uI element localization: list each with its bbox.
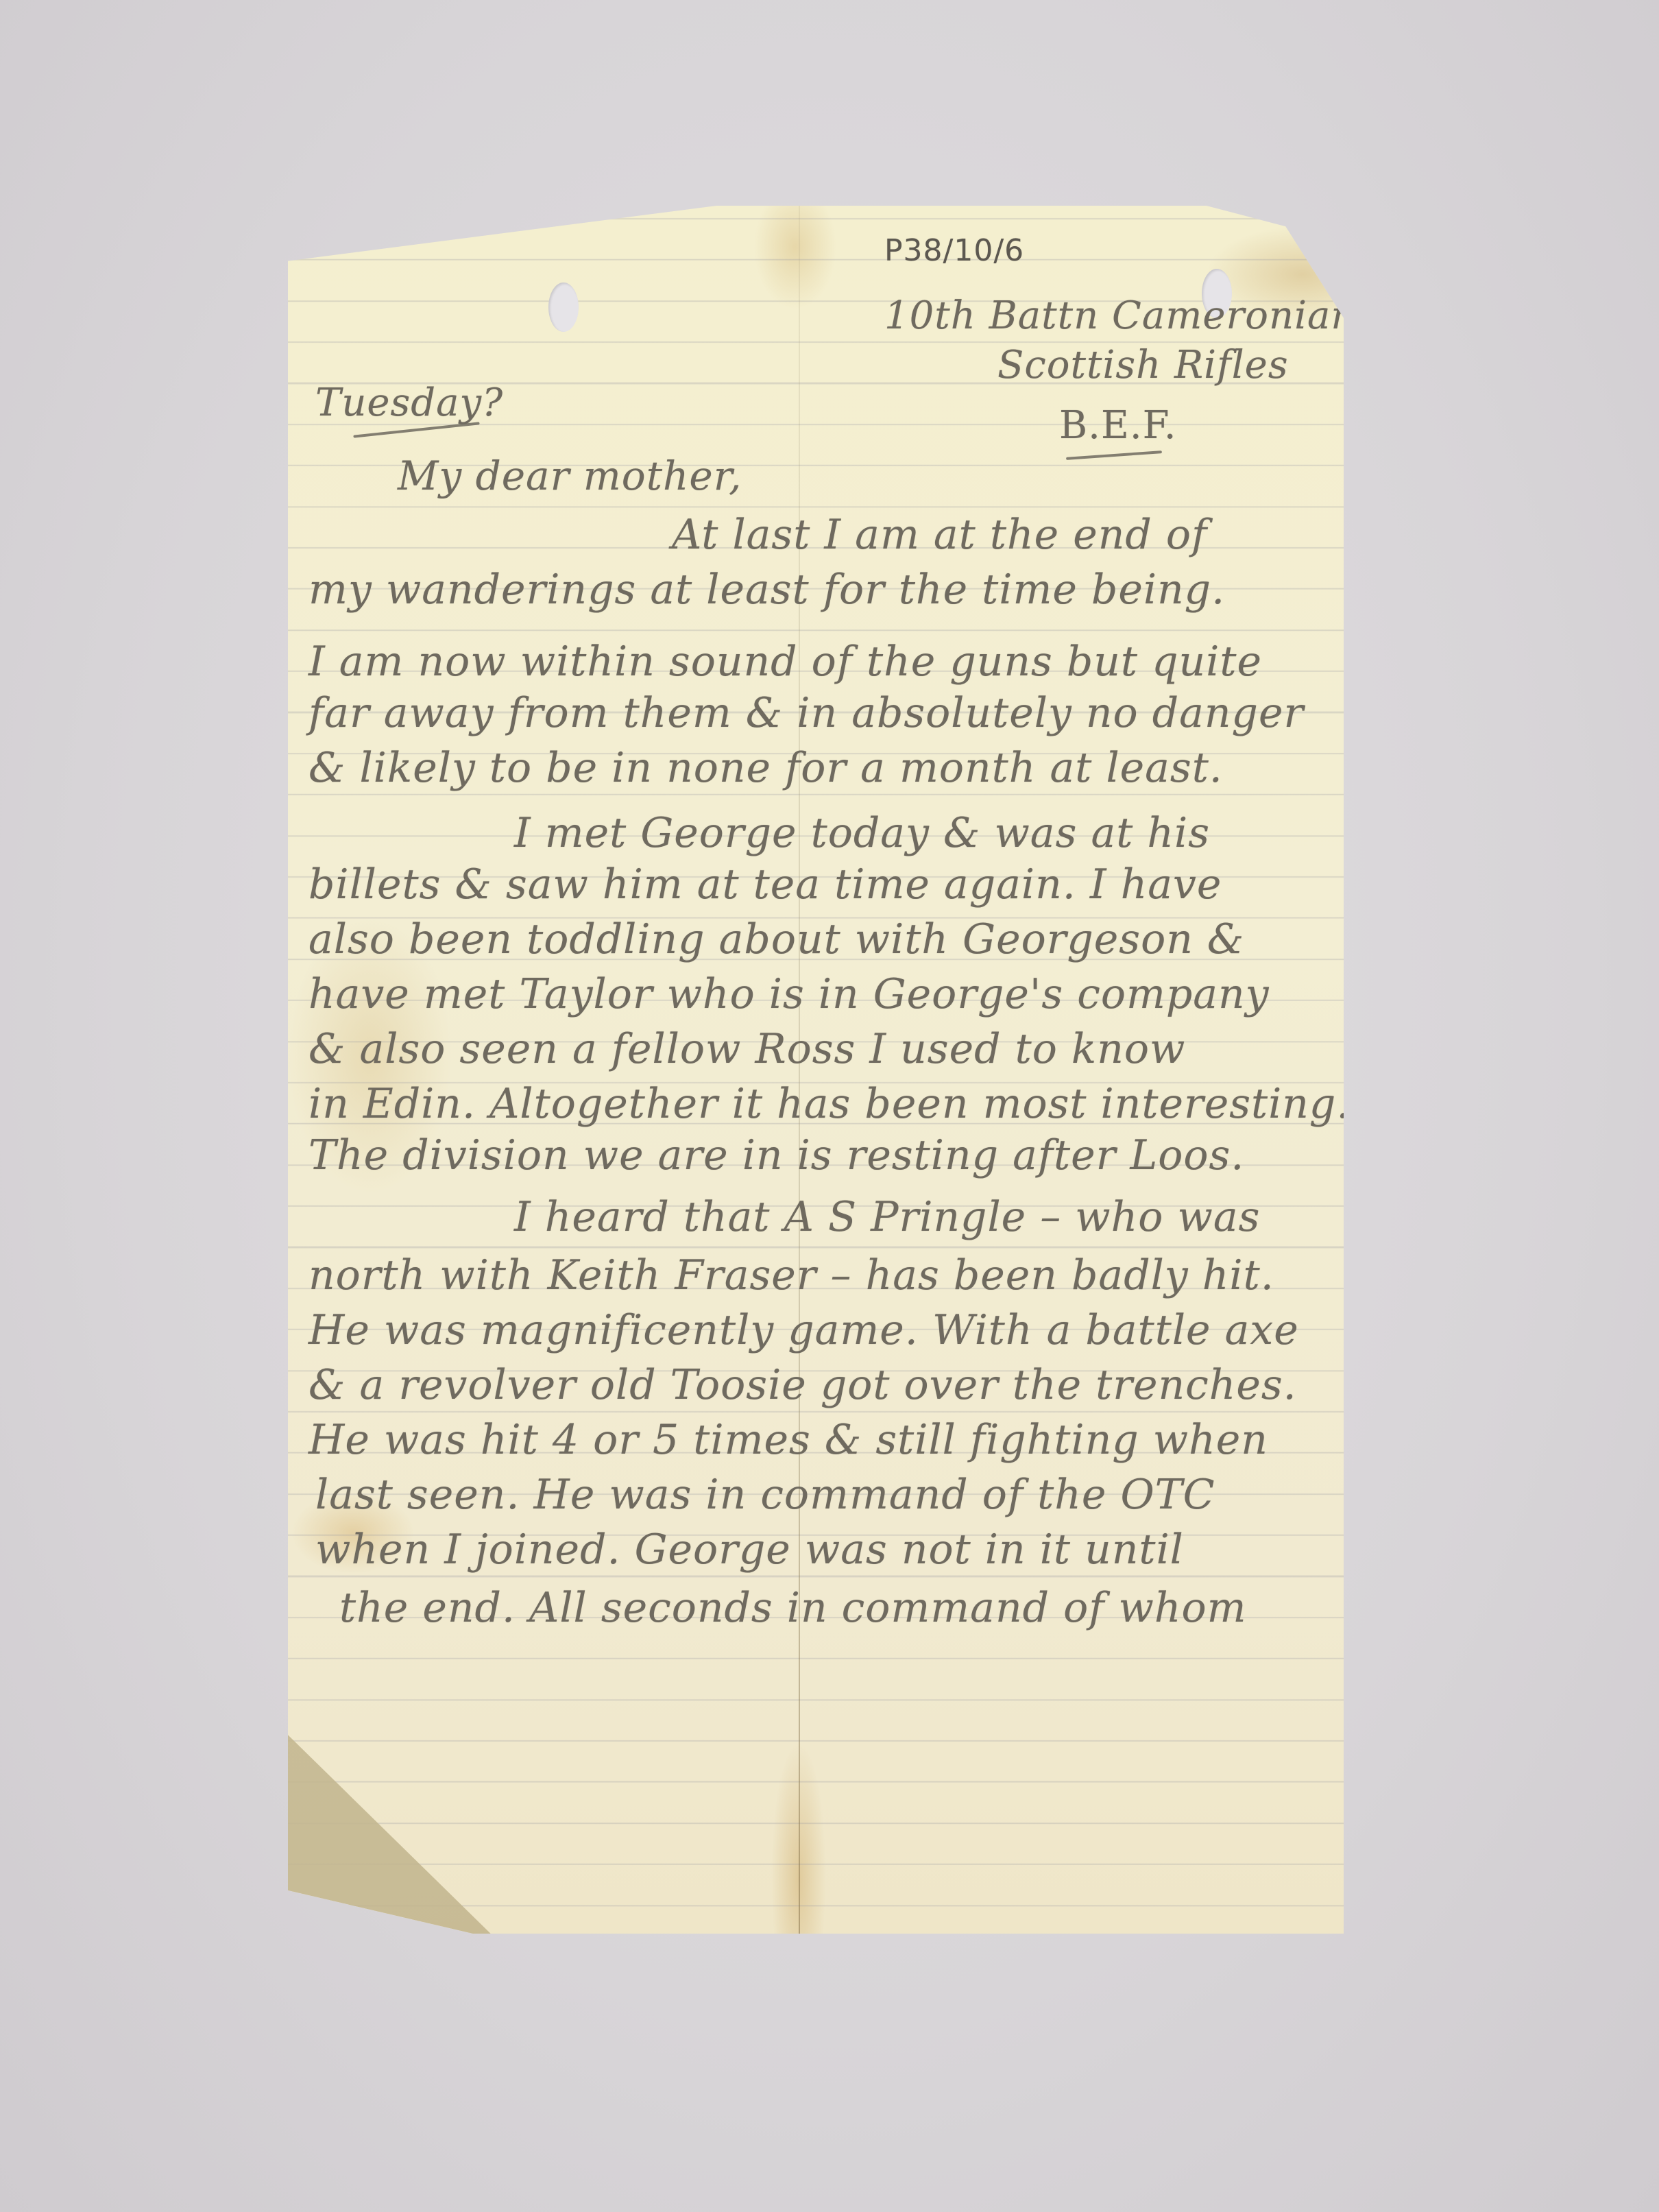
letter-line: I am now within sound of the guns but qu…: [308, 638, 1316, 686]
letter-line: north with Keith Fraser – has been badly…: [308, 1251, 1316, 1299]
address-line-regiment: Scottish Rifles: [997, 343, 1289, 387]
letter-line: The division we are in is resting after …: [308, 1131, 1316, 1179]
address-line-unit: 10th Battn Cameronians: [884, 293, 1377, 338]
letter-line: in Edin. Altogether it has been most int…: [308, 1080, 1316, 1128]
letter-line: have met Taylor who is in George's compa…: [308, 970, 1316, 1018]
letter-line: last seen. He was in command of the OTC: [315, 1471, 1323, 1519]
letter-line: He was hit 4 or 5 times & still fighting…: [308, 1416, 1316, 1464]
letter-line: when I joined. George was not in it unti…: [315, 1526, 1323, 1574]
letter-line: & also seen a fellow Ross I used to know: [308, 1025, 1316, 1073]
letter-date: Tuesday?: [315, 381, 503, 425]
punch-hole-left: [548, 282, 579, 332]
salutation: My dear mother,: [398, 453, 742, 499]
letter-line: billets & saw him at tea time again. I h…: [308, 861, 1316, 909]
letter-line: also been toddling about with Georgeson …: [308, 915, 1316, 963]
archive-reference: P38/10/6: [884, 233, 1024, 268]
address-line-force: B.E.F.: [1059, 403, 1177, 448]
letter-sheet: P38/10/6 10th Battn Cameronians Scottish…: [288, 206, 1344, 1934]
letter-line: He was magnificently game. With a battle…: [308, 1306, 1316, 1354]
letter-line: far away from them & in absolutely no da…: [308, 689, 1316, 737]
letter-line: & a revolver old Toosie got over the tre…: [308, 1361, 1316, 1409]
letter-line: the end. All seconds in command of whom: [339, 1584, 1347, 1632]
letter-line: & likely to be in none for a month at le…: [308, 744, 1316, 792]
letter-line: my wanderings at least for the time bein…: [308, 566, 1316, 614]
